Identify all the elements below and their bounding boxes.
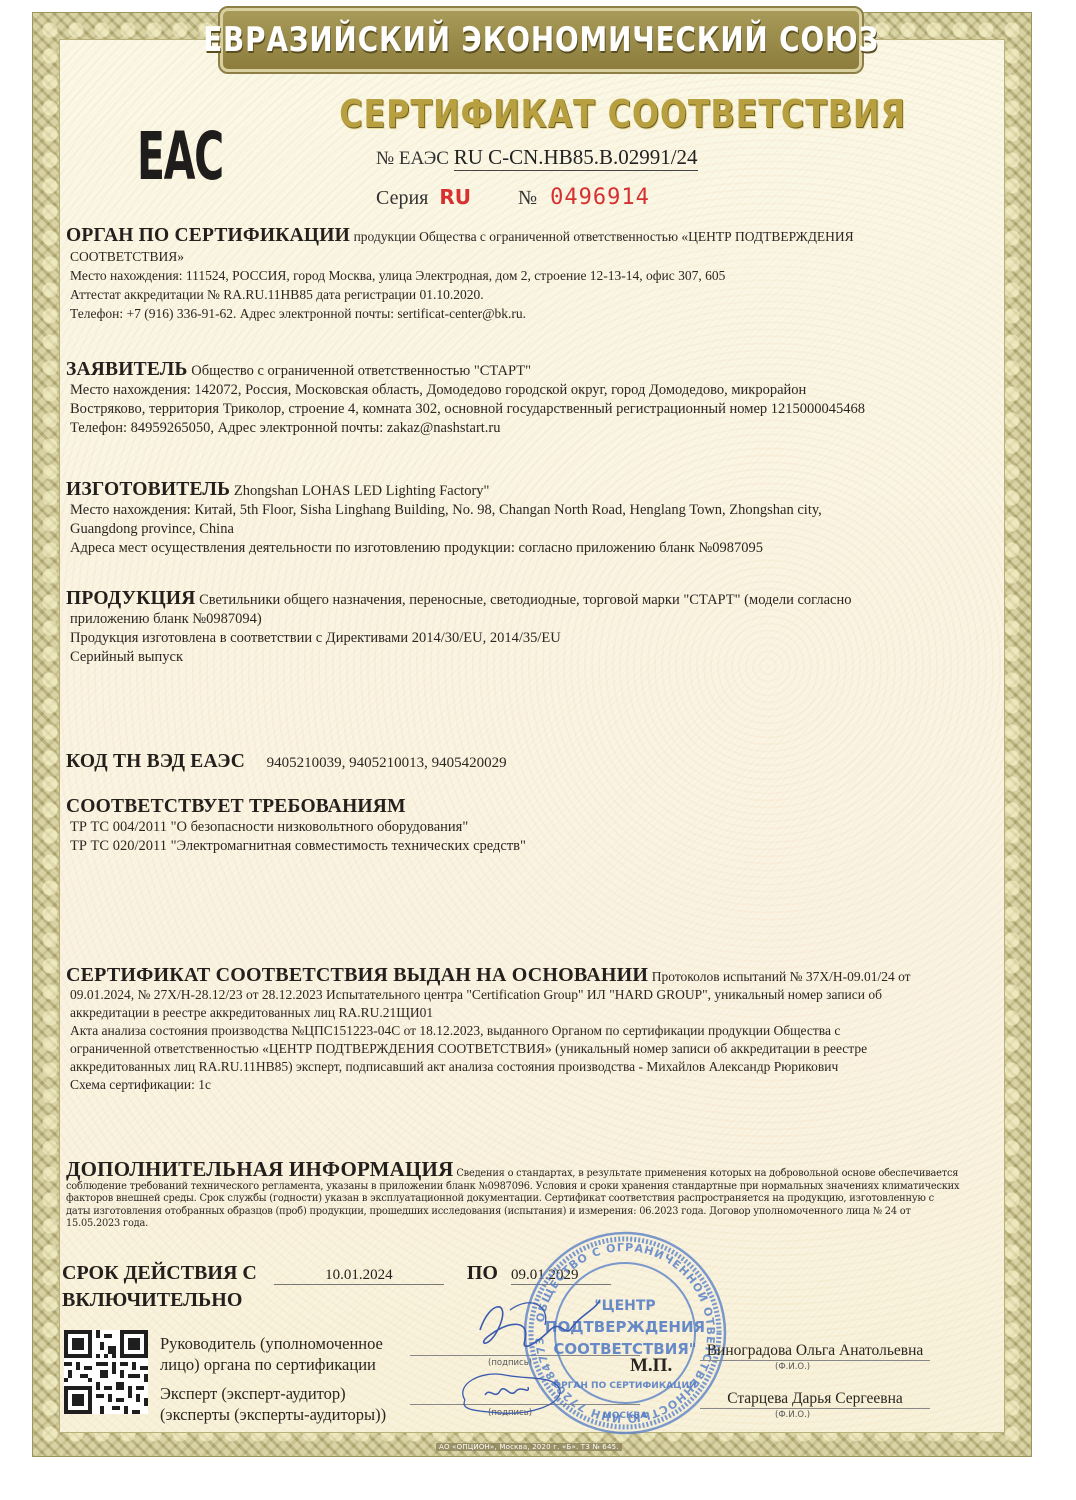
applicant-contacts: Телефон: 84959265050, Адрес электронной … — [70, 419, 966, 438]
head-signature-icon — [470, 1290, 610, 1360]
certificate-number-label: № ЕАЭС — [376, 148, 449, 169]
series-value: RU — [439, 185, 471, 209]
head-signatory-label-line2: лицо) органа по сертификации — [160, 1354, 383, 1375]
hs-code-values: 9405210039, 9405210013, 9405420029 — [267, 755, 507, 771]
manufacturer-section: ИЗГОТОВИТЕЛЬ Zhongshan LOHAS LED Lightin… — [66, 480, 966, 558]
certification-body-accreditation: Аттестат аккредитации № RA.RU.11HB85 дат… — [70, 285, 966, 304]
basis-line: 09.01.2024, № 27X/H-28.12/23 от 28.12.20… — [70, 986, 966, 1004]
expert-signature-icon — [450, 1365, 570, 1420]
svg-text:ОРГАН ПО СЕРТИФИКАЦИИ: ОРГАН ПО СЕРТИФИКАЦИИ — [553, 1381, 696, 1391]
additional-info-inline: Сведения о стандартах, в результате прим… — [456, 1168, 958, 1179]
basis-line: ограниченной ответственностью «ЦЕНТР ПОД… — [70, 1040, 966, 1058]
requirement-item: ТР ТС 020/2011 "Электромагнитная совмест… — [70, 837, 966, 856]
head-name-caption: (Ф.И.О.) — [775, 1362, 810, 1372]
qr-code-icon[interactable] — [64, 1330, 148, 1414]
expert-signatory-label-line2: (эксперты (эксперты-аудиторы)) — [160, 1404, 386, 1425]
series-row: Серия RU № 0496914 — [376, 185, 650, 210]
product-description: Светильники общего назначения, переносны… — [199, 592, 851, 608]
additional-info-line: факторов внешней среды. Срок службы (год… — [66, 1193, 966, 1206]
certification-body-contacts: Телефон: +7 (916) 336-91-62. Адрес элект… — [70, 304, 966, 323]
eac-logo-icon: ЕАС — [137, 118, 223, 195]
certification-body-name-cont: СООТВЕТСТВИЯ» — [70, 247, 966, 266]
certification-body-address: Место нахождения: 111524, РОССИЯ, город … — [70, 266, 966, 285]
basis-line: Схема сертификации: 1с — [70, 1076, 966, 1094]
product-release: Серийный выпуск — [70, 648, 966, 667]
head-signatory-label: Руководитель (уполномоченное лицо) орган… — [160, 1333, 383, 1375]
product-heading: ПРОДУКЦИЯ — [66, 588, 195, 609]
validity-from-label: СРОК ДЕЙСТВИЯ С — [62, 1262, 257, 1284]
expert-signatory-label: Эксперт (эксперт-аудитор) (эксперты (экс… — [160, 1383, 386, 1425]
requirements-section: СООТВЕТСТВУЕТ ТРЕБОВАНИЯМ ТР ТС 004/2011… — [66, 797, 966, 856]
basis-line: аккредитации в реестре аккредитованных л… — [70, 1004, 966, 1022]
applicant-section: ЗАЯВИТЕЛЬ Общество с ограниченной ответс… — [66, 360, 966, 438]
product-directives: Продукция изготовлена в соответствии с Д… — [70, 629, 966, 648]
applicant-heading: ЗАЯВИТЕЛЬ — [66, 359, 188, 380]
product-description-cont: приложению бланк №0987094) — [70, 610, 966, 629]
expert-name-caption: (Ф.И.О.) — [775, 1410, 810, 1420]
additional-info-line: 15.05.2023 года. — [66, 1218, 966, 1231]
certification-body-section: ОРГАН ПО СЕРТИФИКАЦИИ продукции Общества… — [66, 226, 966, 323]
head-signatory-name: Виноградова Ольга Анатольевна — [700, 1342, 930, 1361]
validity-to-label: ПО — [467, 1262, 498, 1284]
basis-section: СЕРТИФИКАТ СООТВЕТСТВИЯ ВЫДАН НА ОСНОВАН… — [66, 966, 966, 1094]
applicant-name: Общество с ограниченной ответственностью… — [191, 363, 531, 379]
certificate-number-value: RU C-CN.HB85.B.02991/24 — [454, 145, 698, 171]
basis-line: аккредитованных лиц RA.RU.11HB85) экспер… — [70, 1058, 966, 1076]
validity-date-from: 10.01.2024 — [274, 1267, 444, 1285]
expert-signatory-label-line1: Эксперт (эксперт-аудитор) — [160, 1383, 386, 1404]
additional-info-line: даты изготовления отобранных образцов (п… — [66, 1206, 966, 1219]
product-section: ПРОДУКЦИЯ Светильники общего назначения,… — [66, 589, 966, 667]
manufacturer-production-sites: Адреса мест осуществления деятельности п… — [70, 539, 966, 558]
certificate-number: № ЕАЭС RU C-CN.HB85.B.02991/24 — [376, 145, 698, 170]
certificate-title: СЕРТИФИКАТ СООТВЕТСТВИЯ — [339, 92, 751, 136]
union-title: ЕВРАЗИЙСКИЙ ЭКОНОМИЧЕСКИЙ СОЮЗ — [203, 20, 879, 60]
expert-signatory-name: Старцева Дарья Сергеевна — [700, 1390, 930, 1409]
applicant-address: Место нахождения: 142072, Россия, Москов… — [70, 381, 966, 400]
svg-text:МОСКВА: МОСКВА — [603, 1411, 647, 1421]
applicant-address-cont: Востряково, территория Триколор, строени… — [70, 400, 966, 419]
serial-value: 0496914 — [550, 185, 650, 210]
serial-label: № — [518, 187, 537, 209]
basis-heading: СЕРТИФИКАТ СООТВЕТСТВИЯ ВЫДАН НА ОСНОВАН… — [66, 964, 648, 986]
seal-place-label: М.П. — [630, 1355, 672, 1377]
certification-body-heading: ОРГАН ПО СЕРТИФИКАЦИИ — [66, 225, 350, 246]
requirements-heading: СООТВЕТСТВУЕТ ТРЕБОВАНИЯМ — [66, 796, 406, 817]
basis-inline: Протоколов испытаний № 37X/H-09.01/24 от — [652, 969, 911, 984]
head-signatory-label-line1: Руководитель (уполномоченное — [160, 1333, 383, 1354]
manufacturer-heading: ИЗГОТОВИТЕЛЬ — [66, 479, 230, 500]
printer-mark: АО «ОПЦИОН», Москва, 2020 г. «Б». ТЗ № 6… — [436, 1443, 622, 1451]
requirement-item: ТР ТС 004/2011 "О безопасности низковоль… — [70, 818, 966, 837]
basis-line: Акта анализа состояния производства №ЦПС… — [70, 1022, 966, 1040]
manufacturer-name: Zhongshan LOHAS LED Lighting Factory" — [234, 483, 490, 499]
hs-code-section: КОД ТН ВЭД ЕАЭС 9405210039, 9405210013, … — [66, 752, 966, 773]
additional-info-heading: ДОПОЛНИТЕЛЬНАЯ ИНФОРМАЦИЯ — [66, 1157, 453, 1181]
manufacturer-address: Место нахождения: Китай, 5th Floor, Sish… — [70, 501, 966, 520]
certification-body-name: продукции Общества с ограниченной ответс… — [354, 229, 854, 244]
manufacturer-address-cont: Guangdong province, China — [70, 520, 966, 539]
union-title-plaque: ЕВРАЗИЙСКИЙ ЭКОНОМИЧЕСКИЙ СОЮЗ — [220, 8, 862, 72]
series-label: Серия — [376, 187, 428, 209]
additional-info-section: ДОПОЛНИТЕЛЬНАЯ ИНФОРМАЦИЯ Сведения о ста… — [66, 1163, 966, 1231]
additional-info-line: соблюдение требований технического регла… — [66, 1181, 966, 1194]
hs-code-heading: КОД ТН ВЭД ЕАЭС — [66, 751, 245, 772]
